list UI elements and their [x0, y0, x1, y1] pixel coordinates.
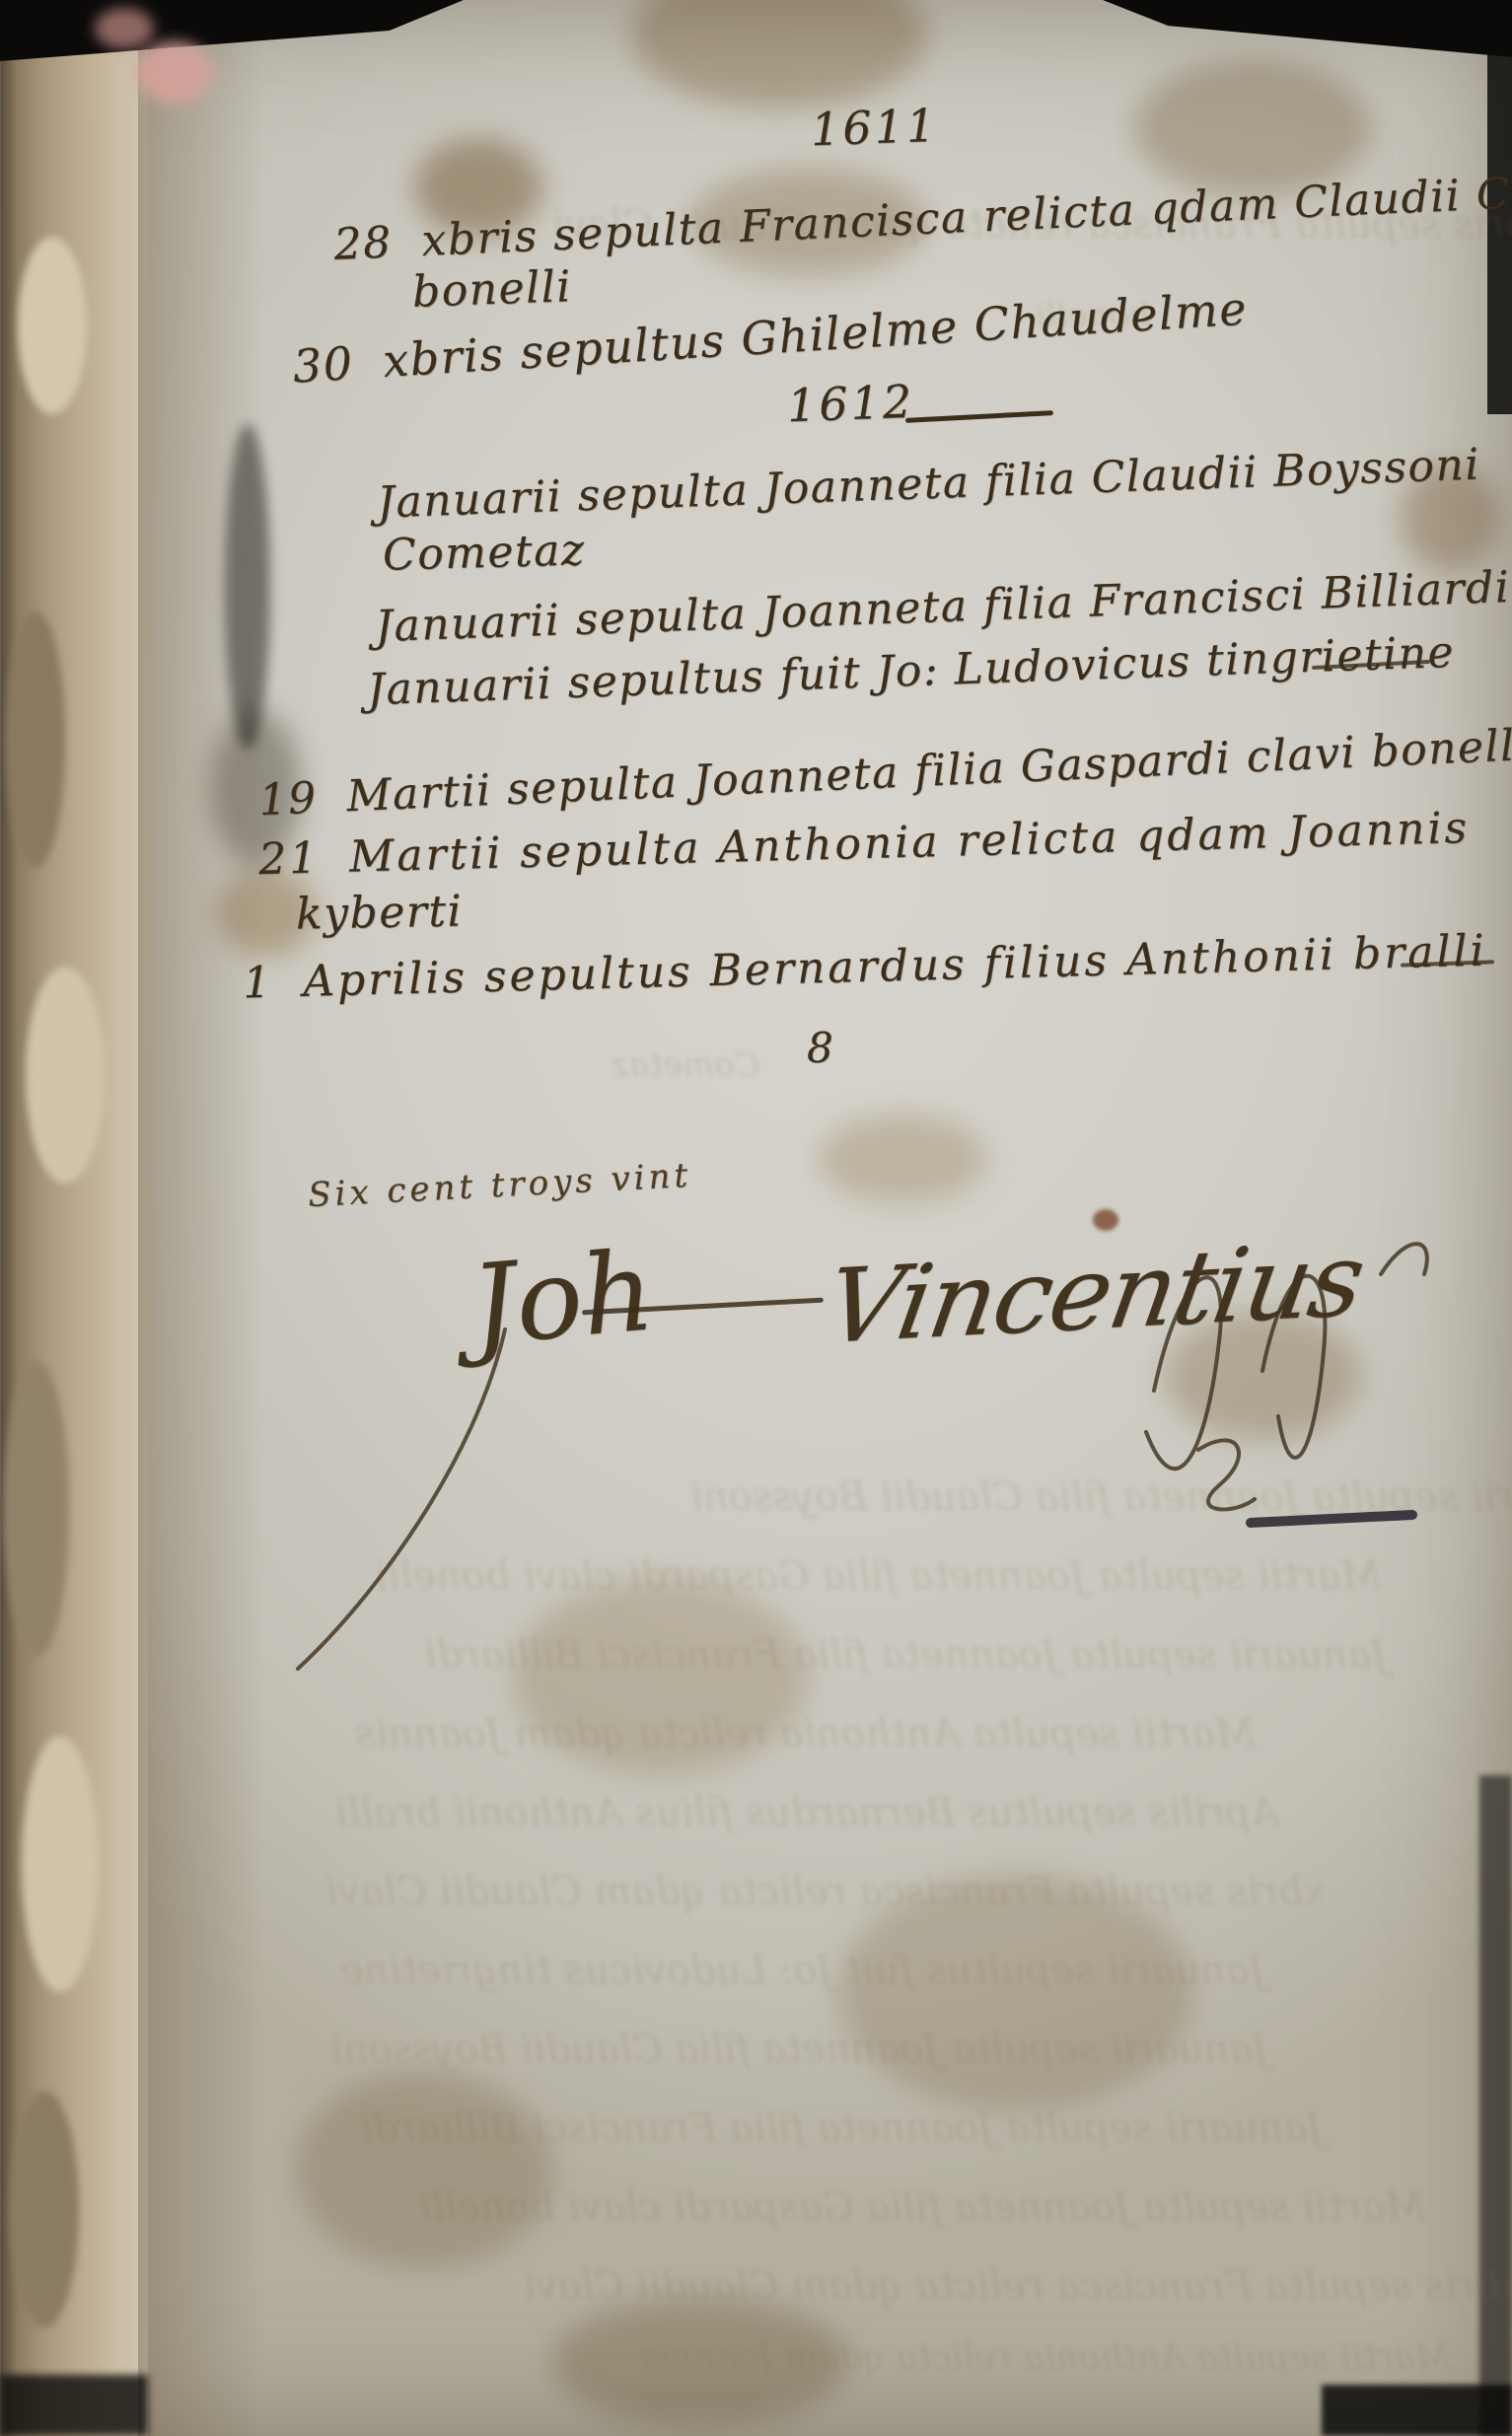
year-heading-1612: 1612 — [786, 375, 915, 432]
burial-entry-continuation: kyberti — [296, 887, 464, 940]
bleed-through-line: Januarii sepultus fuit Jo: Ludovicus tin… — [340, 1948, 1265, 1993]
bleed-through-line: Martii sepulta Anthonia relicta qdam Joa… — [641, 2337, 1452, 2378]
bottom-right-dark-corner — [1322, 2385, 1512, 2436]
entry-day: 1 — [243, 958, 274, 1009]
deckle-edge-shadow — [10, 2091, 79, 2328]
bleed-through-line: Januarii sepulta Joanneta filia Claudii … — [330, 2027, 1268, 2072]
bleed-through-line: Januarii sepulta Joanneta filia Francisc… — [424, 1632, 1387, 1678]
deckle-edge-highlight — [22, 1736, 99, 1992]
entry-day: 30 — [291, 336, 355, 394]
bleed-through-line: xbris sepulta Francisca relicta qdam Cla… — [325, 1869, 1326, 1914]
bleed-through-line: Januarii sepulta Joanneta filia Francisc… — [360, 2106, 1323, 2151]
bleed-through-line: Cometaz — [612, 1045, 760, 1085]
small-ink-spot — [1093, 1209, 1118, 1231]
manuscript-page-photo: xbris sepulta Francisca relicta qdam Cla… — [0, 0, 1512, 2436]
bleed-through-line: Martii sepulta Anthonia relicta qdam Joa… — [355, 1711, 1256, 1756]
right-lower-dark-edge — [1479, 1775, 1512, 2436]
entry-count-mark: 8 — [807, 1024, 833, 1072]
entry-day: 28 — [332, 217, 393, 270]
deckle-edge-highlight — [26, 967, 105, 1183]
year-heading-1611: 1611 — [810, 99, 939, 156]
dark-smudge-left-margin — [225, 424, 270, 750]
page-gutter-shadow — [138, 0, 266, 2436]
burial-entry-continuation: Cometaz — [382, 525, 586, 580]
deckle-edge-shadow — [4, 1361, 69, 1657]
pink-finger-blob-small — [95, 8, 154, 49]
bleed-through-line: Martii sepulta Joanneta filia Gaspardi c… — [375, 1553, 1382, 1599]
deckle-edge-shadow — [6, 611, 65, 868]
entry-day: 21 — [258, 832, 321, 885]
entry-day: 19 — [258, 773, 319, 826]
bleed-through-line: Januarii sepulta Joanneta filia Claudii … — [690, 1474, 1512, 1520]
bottom-left-dark-corner — [0, 2375, 148, 2436]
stain — [296, 2071, 552, 2268]
bleed-through-line: Martii sepulta Joanneta filia Gaspardi c… — [419, 2185, 1426, 2230]
stain — [819, 1114, 986, 1203]
burial-entry-continuation: bonelli — [411, 261, 572, 318]
bleed-through-line: xbris sepulta Francisca relicta qdam Cla… — [523, 2263, 1512, 2309]
signature-prefix: Joh — [467, 1227, 659, 1371]
bleed-through-line: Aprilis sepultus Bernardus filius Anthon… — [335, 1790, 1279, 1835]
deckle-edge-highlight — [18, 237, 87, 414]
pink-finger-blob — [136, 41, 213, 105]
